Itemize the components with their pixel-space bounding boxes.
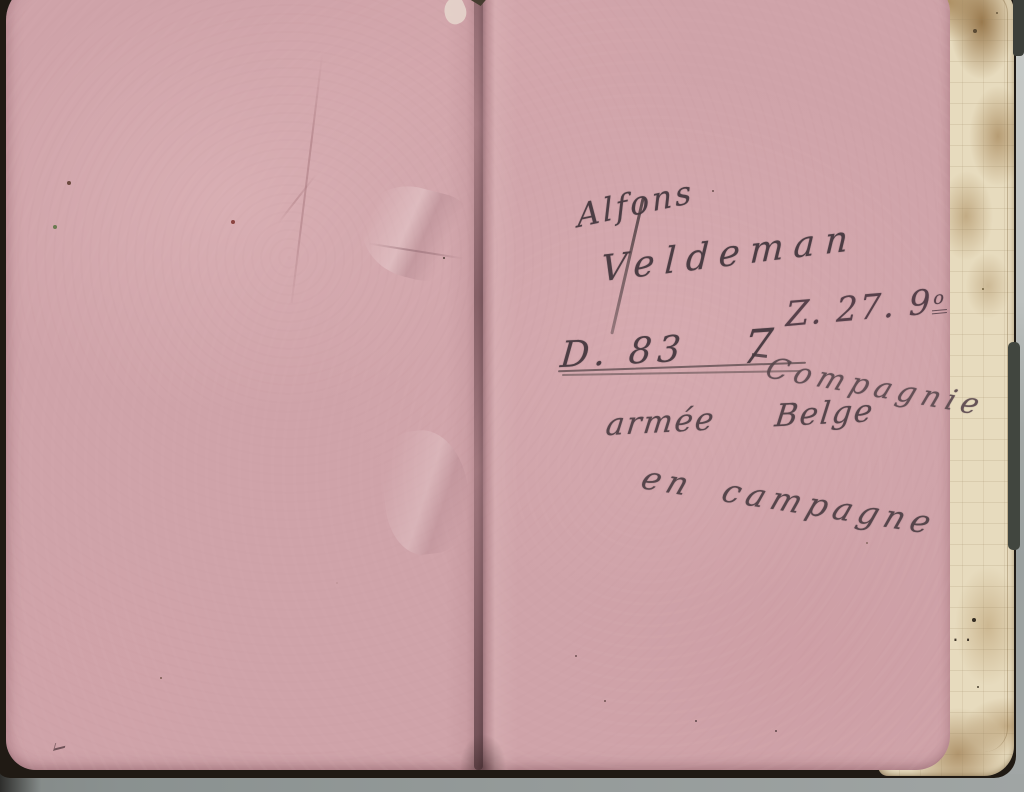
unit-code-ordinal: o [932,288,947,314]
gutter-crease-line [474,0,483,770]
scanned-notebook-photo: ... Alfons Veldeman Z. 27. 9o D. 83 7 Co… [0,0,1024,792]
gutter-bottom-shadow [452,698,514,770]
unit-code-number: 9 [908,282,932,324]
cover-corner-top-right [1013,0,1024,56]
pink-page-spread: Alfons Veldeman Z. 27. 9o D. 83 7 Compag… [6,0,950,770]
cover-sliver-right [1008,342,1020,550]
